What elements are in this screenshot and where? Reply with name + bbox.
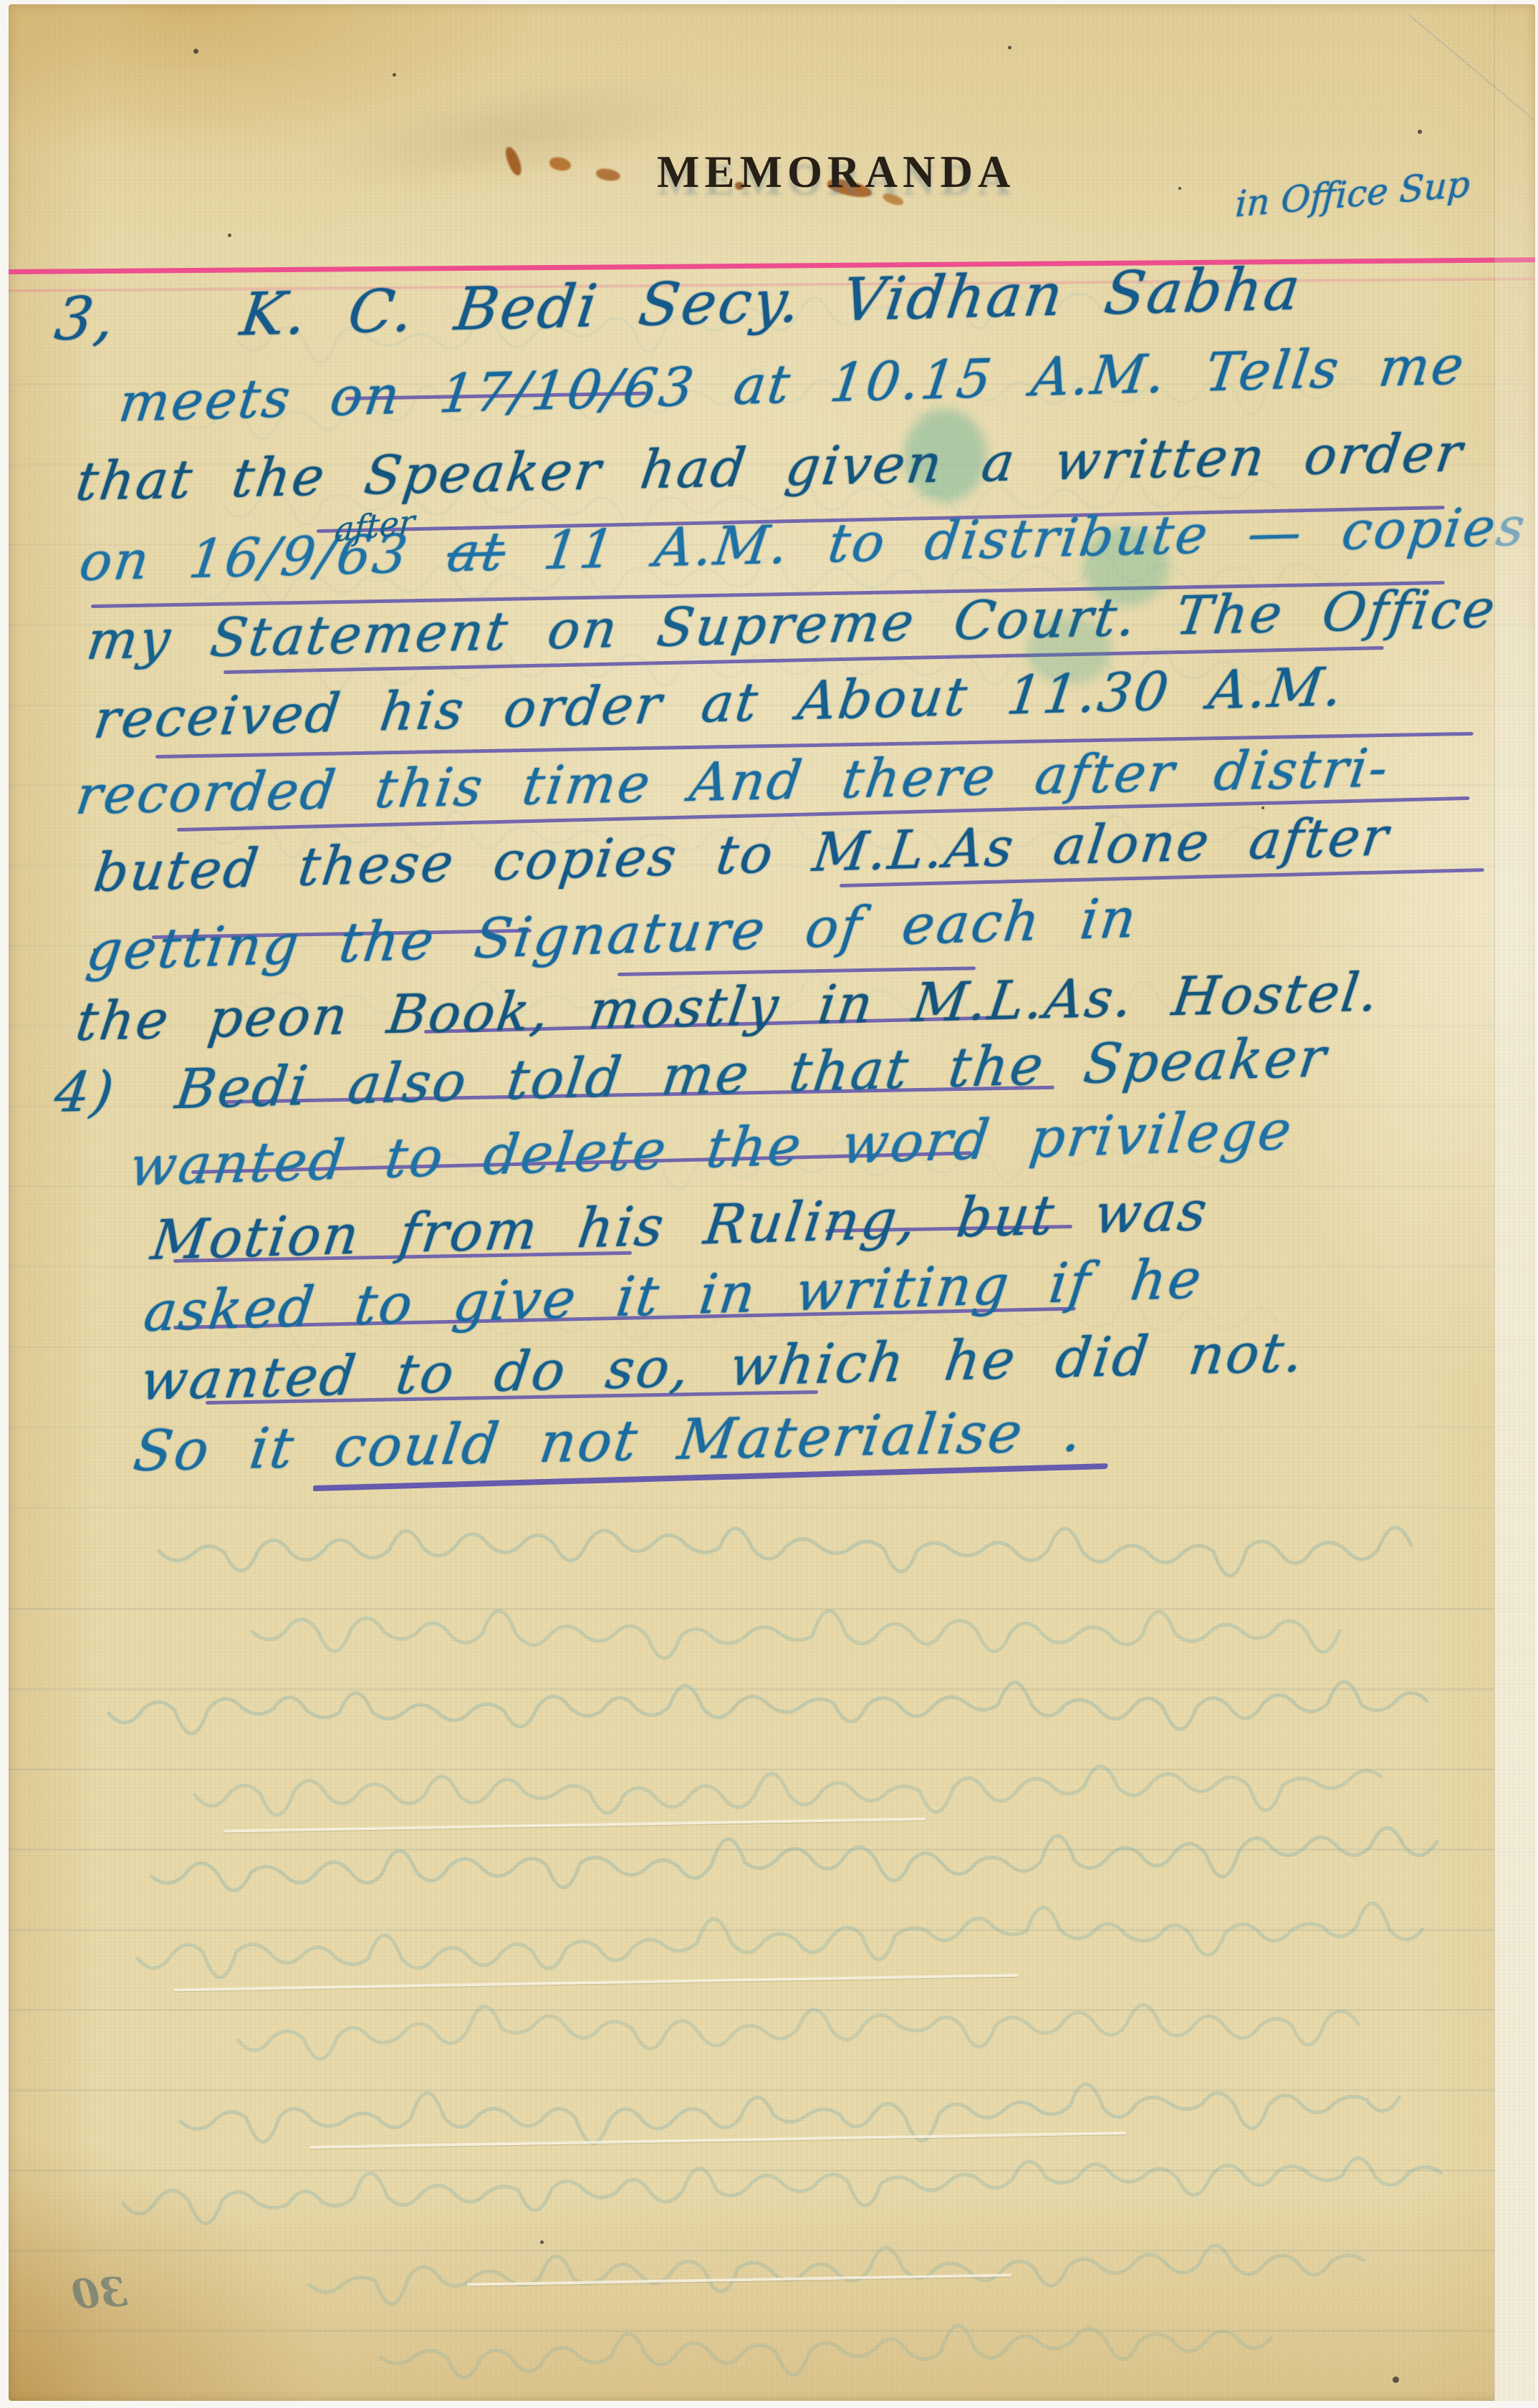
page-edge-strip (1494, 4, 1535, 2401)
bleedthrough-squiggle (137, 1902, 1423, 1978)
bleedthrough-squiggle (381, 2321, 1272, 2380)
embossed-underline-impression (224, 1817, 926, 1832)
memo-line: 3,K. C. Bedi Secy. Vidhan Sabha (52, 260, 1305, 350)
memo-line: on 16/9/63 at 11 A.M. to distribute — co… (77, 498, 1535, 589)
bleedthrough-page-number: 30 (71, 2272, 129, 2315)
bleedthrough-squiggle (151, 1827, 1437, 1892)
bleedthrough-squiggle (195, 1763, 1382, 1823)
rust-stain (595, 168, 621, 183)
memo-line-text: that the Speaker had given a written ord… (72, 422, 1468, 513)
embossed-underline-impression (467, 2273, 1011, 2286)
memo-line: buted these copies to M.L.As alone after (91, 810, 1393, 900)
rust-stain (549, 156, 572, 173)
struck-word: at (444, 521, 509, 584)
paper-speck (393, 73, 396, 77)
bleedthrough-squiggle (309, 2242, 1364, 2305)
inserted-word: after (334, 505, 416, 546)
memo-line-text: meets on 17/10/63 at 10.15 A.M. Tells me (115, 334, 1469, 434)
bleedthrough-squiggle (122, 2157, 1441, 2225)
paper-speck (193, 49, 198, 54)
memo-line-text: getting the Signature of each in (83, 886, 1141, 983)
scanned-notebook-page: MEMORANDA in Office Sup 3,K. C. Bedi Sec… (0, 0, 1538, 2408)
paper-speck (1178, 187, 1181, 190)
paper-speck (1393, 2376, 1399, 2383)
bleedthrough-squiggle (159, 1518, 1412, 1589)
ruled-lines-faint-lower (9, 1530, 1535, 2401)
embossed-underline-impression (173, 1974, 1019, 1992)
memo-line: getting the Signature of each in (84, 891, 1141, 978)
paper: MEMORANDA in Office Sup 3,K. C. Bedi Sec… (9, 4, 1535, 2401)
paper-speck (228, 233, 231, 237)
item-number: 3, (52, 289, 120, 350)
scan-scratch (1408, 14, 1535, 153)
item-number: 4) (52, 1064, 119, 1120)
paper-speck (1418, 130, 1422, 134)
memo-line: that the Speaker had given a written ord… (73, 426, 1467, 509)
page-title: MEMORANDA (657, 146, 1015, 198)
rust-stain (503, 145, 524, 178)
memo-line: my Statement on Supreme Court. The Offic… (84, 582, 1500, 668)
memo-line-text: on 16/9/63 at 11 A.M. to distribute — co… (76, 493, 1535, 593)
memo-line: meets on 17/10/63 at 10.15 A.M. Tells me (116, 339, 1469, 430)
corner-annotation: in Office Sup (1234, 165, 1471, 222)
bleedthrough-squiggle (109, 1677, 1428, 1743)
memo-line-text: K. C. Bedi Secy. Vidhan Sabha (236, 255, 1306, 350)
memo-line: received his order at About 11.30 A.M. (91, 660, 1347, 746)
bleedthrough-squiggle (181, 2080, 1400, 2149)
embossed-underline-impression (309, 2132, 1126, 2149)
paper-speck (540, 2240, 544, 2244)
bleedthrough-squiggle (252, 1601, 1340, 1665)
bleedthrough-squiggle (237, 1995, 1358, 2060)
paper-speck (1008, 46, 1011, 49)
